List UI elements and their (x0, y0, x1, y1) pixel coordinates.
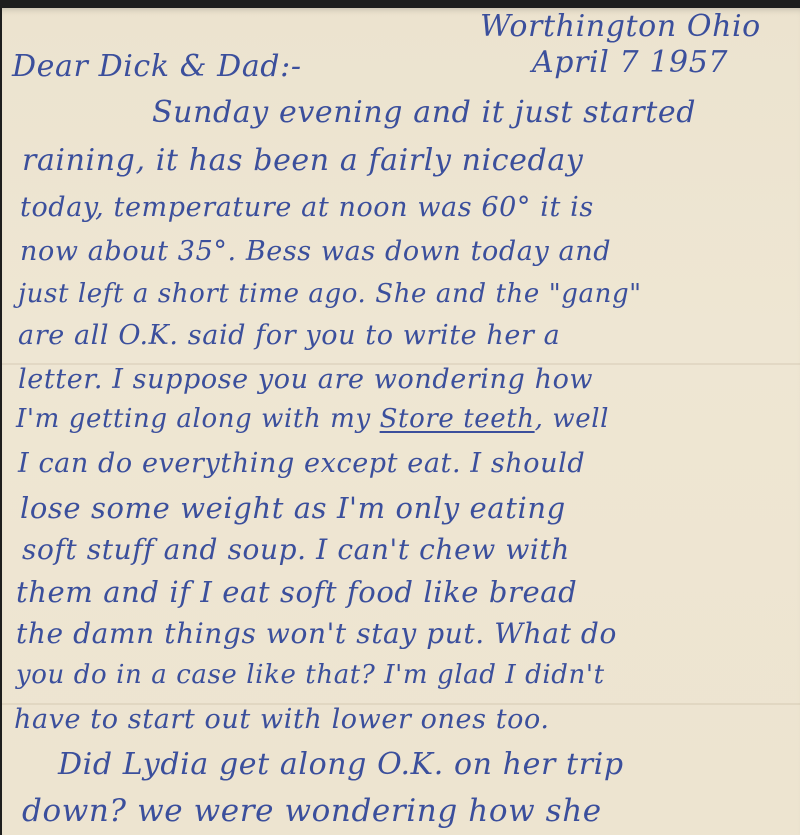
letter-line-3: today, temperature at noon was 60° it is (20, 194, 594, 221)
letter-line-9: I can do everything except eat. I should (18, 450, 585, 477)
letter-place: Worthington Ohio (480, 12, 761, 42)
letter-line-11: soft stuff and soup. I can't chew with (22, 536, 570, 564)
letter-line-15: have to start out with lower ones too. (14, 706, 550, 733)
letter-salutation: Dear Dick & Dad:- (12, 52, 302, 82)
letter-page: Worthington Ohio Dear Dick & Dad:- April… (2, 8, 800, 835)
letter-line-14: you do in a case like that? I'm glad I d… (16, 662, 605, 688)
underlined-store-teeth: Store teeth (380, 404, 535, 434)
letter-line-13: the damn things won't stay put. What do (16, 620, 617, 648)
letter-line-4: now about 35°. Bess was down today and (20, 238, 611, 265)
letter-line-6: are all O.K. said for you to write her a (18, 322, 560, 349)
letter-date: April 7 1957 (532, 48, 728, 78)
letter-line-17: down? we were wondering how she (22, 796, 602, 827)
letter-line-8: I'm getting along with my Store teeth, w… (16, 406, 609, 432)
letter-line-12: them and if I eat soft food like bread (16, 578, 577, 607)
letter-line-10: lose some weight as I'm only eating (20, 494, 566, 523)
letter-line-2: raining, it has been a fairly niceday (22, 146, 583, 176)
letter-line-8-end: , well (535, 404, 609, 434)
letter-line-1: Sunday evening and it just started (152, 98, 696, 128)
letter-line-8-start: I'm getting along with my (16, 404, 371, 434)
letter-line-7: letter. I suppose you are wondering how (18, 366, 593, 393)
letter-line-5: just left a short time ago. She and the … (18, 281, 642, 307)
letter-line-16: Did Lydia get along O.K. on her trip (58, 750, 624, 780)
